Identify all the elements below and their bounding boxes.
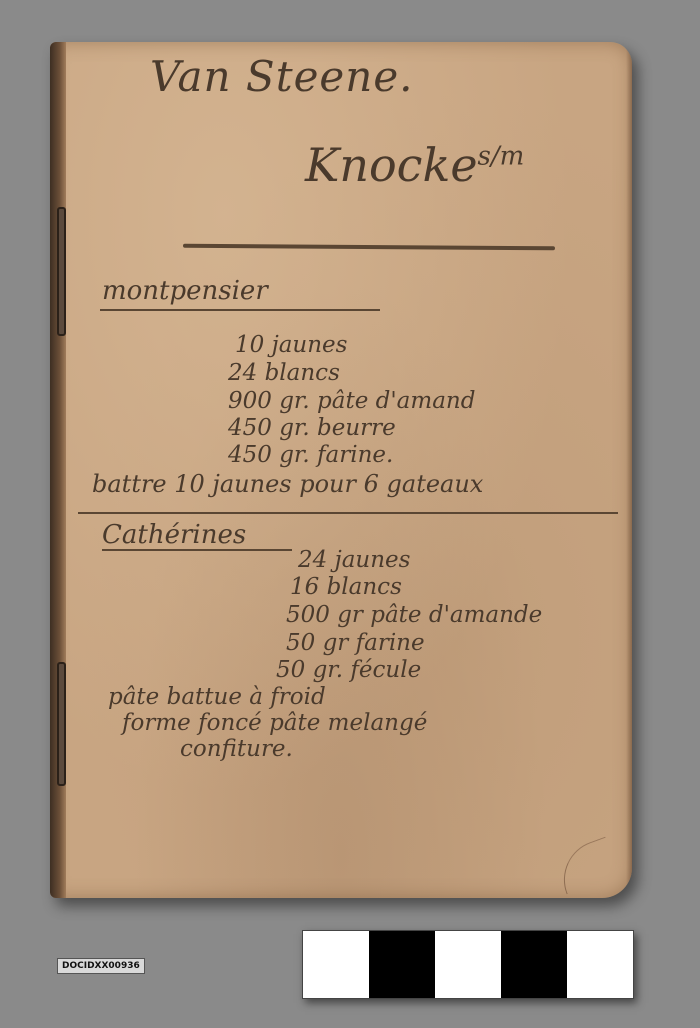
recipe-note: battre 10 jaunes pour 6 gateaux xyxy=(92,472,483,496)
page-edge xyxy=(626,42,632,898)
staple-top xyxy=(57,207,66,336)
recipe-note: forme foncé pâte melangé xyxy=(122,712,427,735)
place-suffix: s/m xyxy=(478,142,525,172)
ingredient-line: 500 gr pâte d'amande xyxy=(286,604,542,627)
staple-bottom xyxy=(57,662,66,786)
section-divider xyxy=(78,512,618,514)
calibration-patch xyxy=(435,931,501,998)
ingredient-line: 900 gr. pâte d'amand xyxy=(228,390,475,413)
calibration-patch xyxy=(501,931,567,998)
calibration-patch xyxy=(567,931,633,998)
owner-name: Van Steene. xyxy=(150,56,414,98)
place-name: Knocke xyxy=(305,138,478,192)
ingredient-line: 24 jaunes xyxy=(298,549,410,572)
header-underline xyxy=(183,244,555,251)
ingredient-line: 450 gr. farine. xyxy=(228,444,393,467)
recipe-note: confiture. xyxy=(180,738,293,761)
recipe-note: pâte battue à froid xyxy=(108,686,326,709)
ingredient-line: 24 blancs xyxy=(228,362,340,385)
notebook: Van Steene. Knockes/m montpensier 10 jau… xyxy=(50,42,632,898)
document-id-label: DOCIDXX00936 xyxy=(57,958,145,974)
recipe-title-underline xyxy=(100,309,380,311)
calibration-patch xyxy=(369,931,435,998)
corner-crease xyxy=(553,837,620,895)
ingredient-line: 450 gr. beurre xyxy=(228,417,396,440)
recipe-title-montpensier: montpensier xyxy=(102,278,268,304)
calibration-patch xyxy=(303,931,369,998)
ingredient-line: 50 gr farine xyxy=(286,632,425,655)
recipe-title-underline xyxy=(102,549,292,551)
owner-place: Knockes/m xyxy=(305,142,524,188)
ingredient-line: 50 gr. fécule xyxy=(276,659,421,682)
ingredient-line: 16 blancs xyxy=(290,576,402,599)
recipe-title-catherines: Cathérines xyxy=(102,522,246,548)
calibration-color-bar xyxy=(302,930,634,999)
ingredient-line: 10 jaunes xyxy=(235,334,347,357)
